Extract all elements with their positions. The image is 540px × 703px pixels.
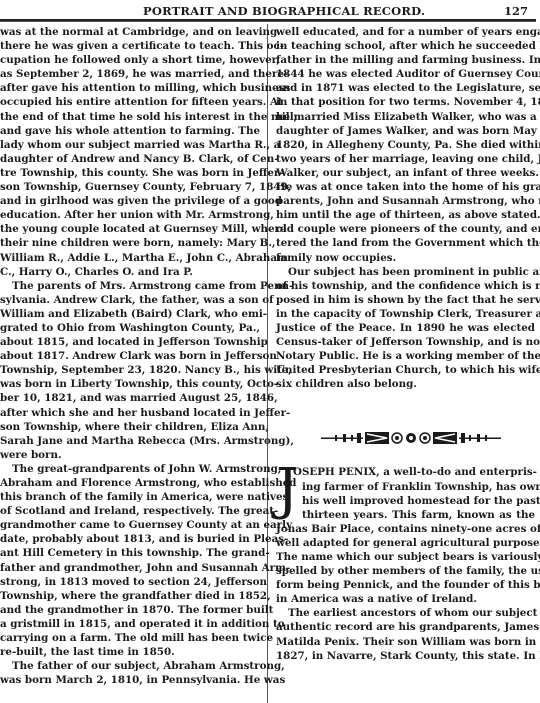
text-line: father in the milling and farming busine… xyxy=(276,53,535,67)
text-line: was born March 2, 1810, in Pennsylvania.… xyxy=(0,673,260,687)
text-line: as September 2, 1869, he was married, an… xyxy=(0,67,260,81)
text-line: the young couple located at Guernsey Mil… xyxy=(0,222,260,236)
text-line: United Presbyterian Church, to which his… xyxy=(276,363,535,377)
text-line: about 1815, and located in Jefferson Tow… xyxy=(0,335,260,349)
text-line: 1827, in Navarre, Stark County, this sta… xyxy=(276,649,535,663)
text-line: and in 1871 was elected to the Legislatu… xyxy=(276,81,535,95)
text-line: of his township, and the confidence whic… xyxy=(276,279,535,293)
ornament-divider-icon xyxy=(321,431,501,445)
running-title: PORTRAIT AND BIOGRAPHICAL RECORD. xyxy=(143,4,425,18)
text-line: well educated, and for a number of years… xyxy=(276,25,535,39)
new-entry-joseph-penix: J OSEPH PENIX, a well-to-do and enterpri… xyxy=(276,465,535,521)
text-line: lady whom our subject married was Martha… xyxy=(0,138,260,152)
text-line: in the capacity of Township Clerk, Treas… xyxy=(276,307,535,321)
text-line: 1844 he was elected Auditor of Guernsey … xyxy=(276,67,535,81)
text-line: occupied his entire attention for fiftee… xyxy=(0,95,260,109)
text-line: Abraham and Florence Armstrong, who esta… xyxy=(0,476,260,490)
text-line: 1820, in Allegheny County, Pa. She died … xyxy=(276,138,535,152)
book-page: PORTRAIT AND BIOGRAPHICAL RECORD. 127 wa… xyxy=(0,0,540,703)
text-line: posed in him is shown by the fact that h… xyxy=(276,293,535,307)
text-line: Township, September 23, 1820. Nancy B., … xyxy=(0,363,260,377)
right-column: well educated, and for a number of years… xyxy=(276,25,535,663)
text-line: him until the age of thirteen, as above … xyxy=(276,208,535,222)
text-line: The parents of Mrs. Armstrong came from … xyxy=(0,279,260,293)
new-entry-text: Jonas Bair Place, contains ninety-one ac… xyxy=(276,522,535,663)
text-line: education. After her union with Mr. Arms… xyxy=(0,208,260,222)
text-line: tre Township, this county. She was born … xyxy=(0,166,260,180)
text-line: Sarah Jane and Martha Rebecca (Mrs. Arms… xyxy=(0,434,260,448)
text-line: was at the normal at Cambridge, and on l… xyxy=(0,25,260,39)
text-line: of Scotland and Ireland, respectively. T… xyxy=(0,504,260,518)
text-line: strong, in 1813 moved to section 24, Jef… xyxy=(0,575,260,589)
text-line: Our subject has been prominent in public… xyxy=(276,265,535,279)
text-line: after which she and her husband located … xyxy=(0,406,260,420)
text-line: their nine children were born, namely: M… xyxy=(0,236,260,250)
text-line: a gristmill in 1815, and operated it in … xyxy=(0,617,260,631)
left-column: was at the normal at Cambridge, and on l… xyxy=(0,25,260,687)
text-line: cupation he followed only a short time, … xyxy=(0,53,260,67)
text-line: parents, John and Susannah Armstrong, wh… xyxy=(276,194,535,208)
text-line: Census-taker of Jefferson Township, and … xyxy=(276,335,535,349)
page-header: PORTRAIT AND BIOGRAPHICAL RECORD. 127 xyxy=(0,0,540,22)
text-line: The name which our subject bears is vari… xyxy=(276,550,535,564)
text-line: thirteen years. This farm, known as the xyxy=(276,508,535,522)
text-line: re-built, the last time in 1850. xyxy=(0,645,260,659)
text-line: in America was a native of Ireland. xyxy=(276,592,535,606)
text-line: son Township, Guernsey County, February … xyxy=(0,180,260,194)
text-line: sylvania. Andrew Clark, the father, was … xyxy=(0,293,260,307)
text-line: ber 10, 1821, and was married August 25,… xyxy=(0,391,260,405)
text-line: daughter of Andrew and Nancy B. Clark, o… xyxy=(0,152,260,166)
text-line: tered the land from the Government which… xyxy=(276,236,535,250)
drop-cap-letter: J xyxy=(276,462,298,518)
text-line: C., Harry O., Charles O. and Ira P. xyxy=(0,265,260,279)
text-line: authentic record are his grandparents, J… xyxy=(276,620,535,634)
text-line: OSEPH PENIX, a well-to-do and enterpris- xyxy=(276,465,535,479)
text-line: his well improved homestead for the past xyxy=(276,494,535,508)
text-line: date, probably about 1813, and is buried… xyxy=(0,532,260,546)
text-line: son Township, where their children, Eliz… xyxy=(0,420,260,434)
text-line: was born in Liberty Township, this count… xyxy=(0,377,260,391)
text-line: well adapted for general agricultural pu… xyxy=(276,536,535,550)
text-line: in teaching school, after which he succe… xyxy=(276,39,535,53)
text-line: He was at once taken into the home of hi… xyxy=(276,180,535,194)
header-rule xyxy=(0,19,536,22)
text-line: old couple were pioneers of the county, … xyxy=(276,222,535,236)
text-line: in that position for two terms. November… xyxy=(276,95,535,109)
text-line: William and Elizabeth (Baird) Clark, who… xyxy=(0,307,260,321)
text-line: daughter of James Walker, and was born M… xyxy=(276,124,535,138)
ornament-area xyxy=(276,391,535,465)
right-column-text: well educated, and for a number of years… xyxy=(276,25,535,391)
text-line: spelled by other members of the family, … xyxy=(276,564,535,578)
text-line: this branch of the family in America, we… xyxy=(0,490,260,504)
text-line: Jonas Bair Place, contains ninety-one ac… xyxy=(276,522,535,536)
text-line: The great-grandparents of John W. Armstr… xyxy=(0,462,260,476)
text-line: he married Miss Elizabeth Walker, who wa… xyxy=(276,110,535,124)
text-line: Walker, our subject, an infant of three … xyxy=(276,166,535,180)
text-line: Notary Public. He is a working member of… xyxy=(276,349,535,363)
text-line: the end of that time he sold his interes… xyxy=(0,110,260,124)
text-line: Matilda Penix. Their son William was bor… xyxy=(276,635,535,649)
text-line: carrying on a farm. The old mill has bee… xyxy=(0,631,260,645)
text-line: and in girlhood was given the privilege … xyxy=(0,194,260,208)
text-line: family now occupies. xyxy=(276,251,535,265)
text-line: about 1817. Andrew Clark was born in Jef… xyxy=(0,349,260,363)
text-line: and the grandmother in 1870. The former … xyxy=(0,603,260,617)
text-line: there he was given a certificate to teac… xyxy=(0,39,260,53)
text-line: ing farmer of Franklin Township, has own… xyxy=(276,480,535,494)
text-line: grated to Ohio from Washington County, P… xyxy=(0,321,260,335)
text-line: and gave his whole attention to farming.… xyxy=(0,124,260,138)
text-line: two years of her marriage, leaving one c… xyxy=(276,152,535,166)
text-line: Township, where the grandfather died in … xyxy=(0,589,260,603)
text-line: William R., Addie L., Martha E., John C.… xyxy=(0,251,260,265)
text-line: Justice of the Peace. In 1890 he was ele… xyxy=(276,321,535,335)
text-line: were born. xyxy=(0,448,260,462)
text-line: form being Pennick, and the founder of t… xyxy=(276,578,535,592)
text-line: The father of our subject, Abraham Armst… xyxy=(0,659,260,673)
page-number: 127 xyxy=(504,4,528,18)
text-line: father and grandmother, John and Susanna… xyxy=(0,561,260,575)
text-line: grandmother came to Guernsey County at a… xyxy=(0,518,260,532)
text-line: The earliest ancestors of whom our subje… xyxy=(276,606,535,620)
text-line: after gave his attention to milling, whi… xyxy=(0,81,260,95)
text-line: ant Hill Cemetery in this township. The … xyxy=(0,546,260,560)
text-line: six children also belong. xyxy=(276,377,535,391)
